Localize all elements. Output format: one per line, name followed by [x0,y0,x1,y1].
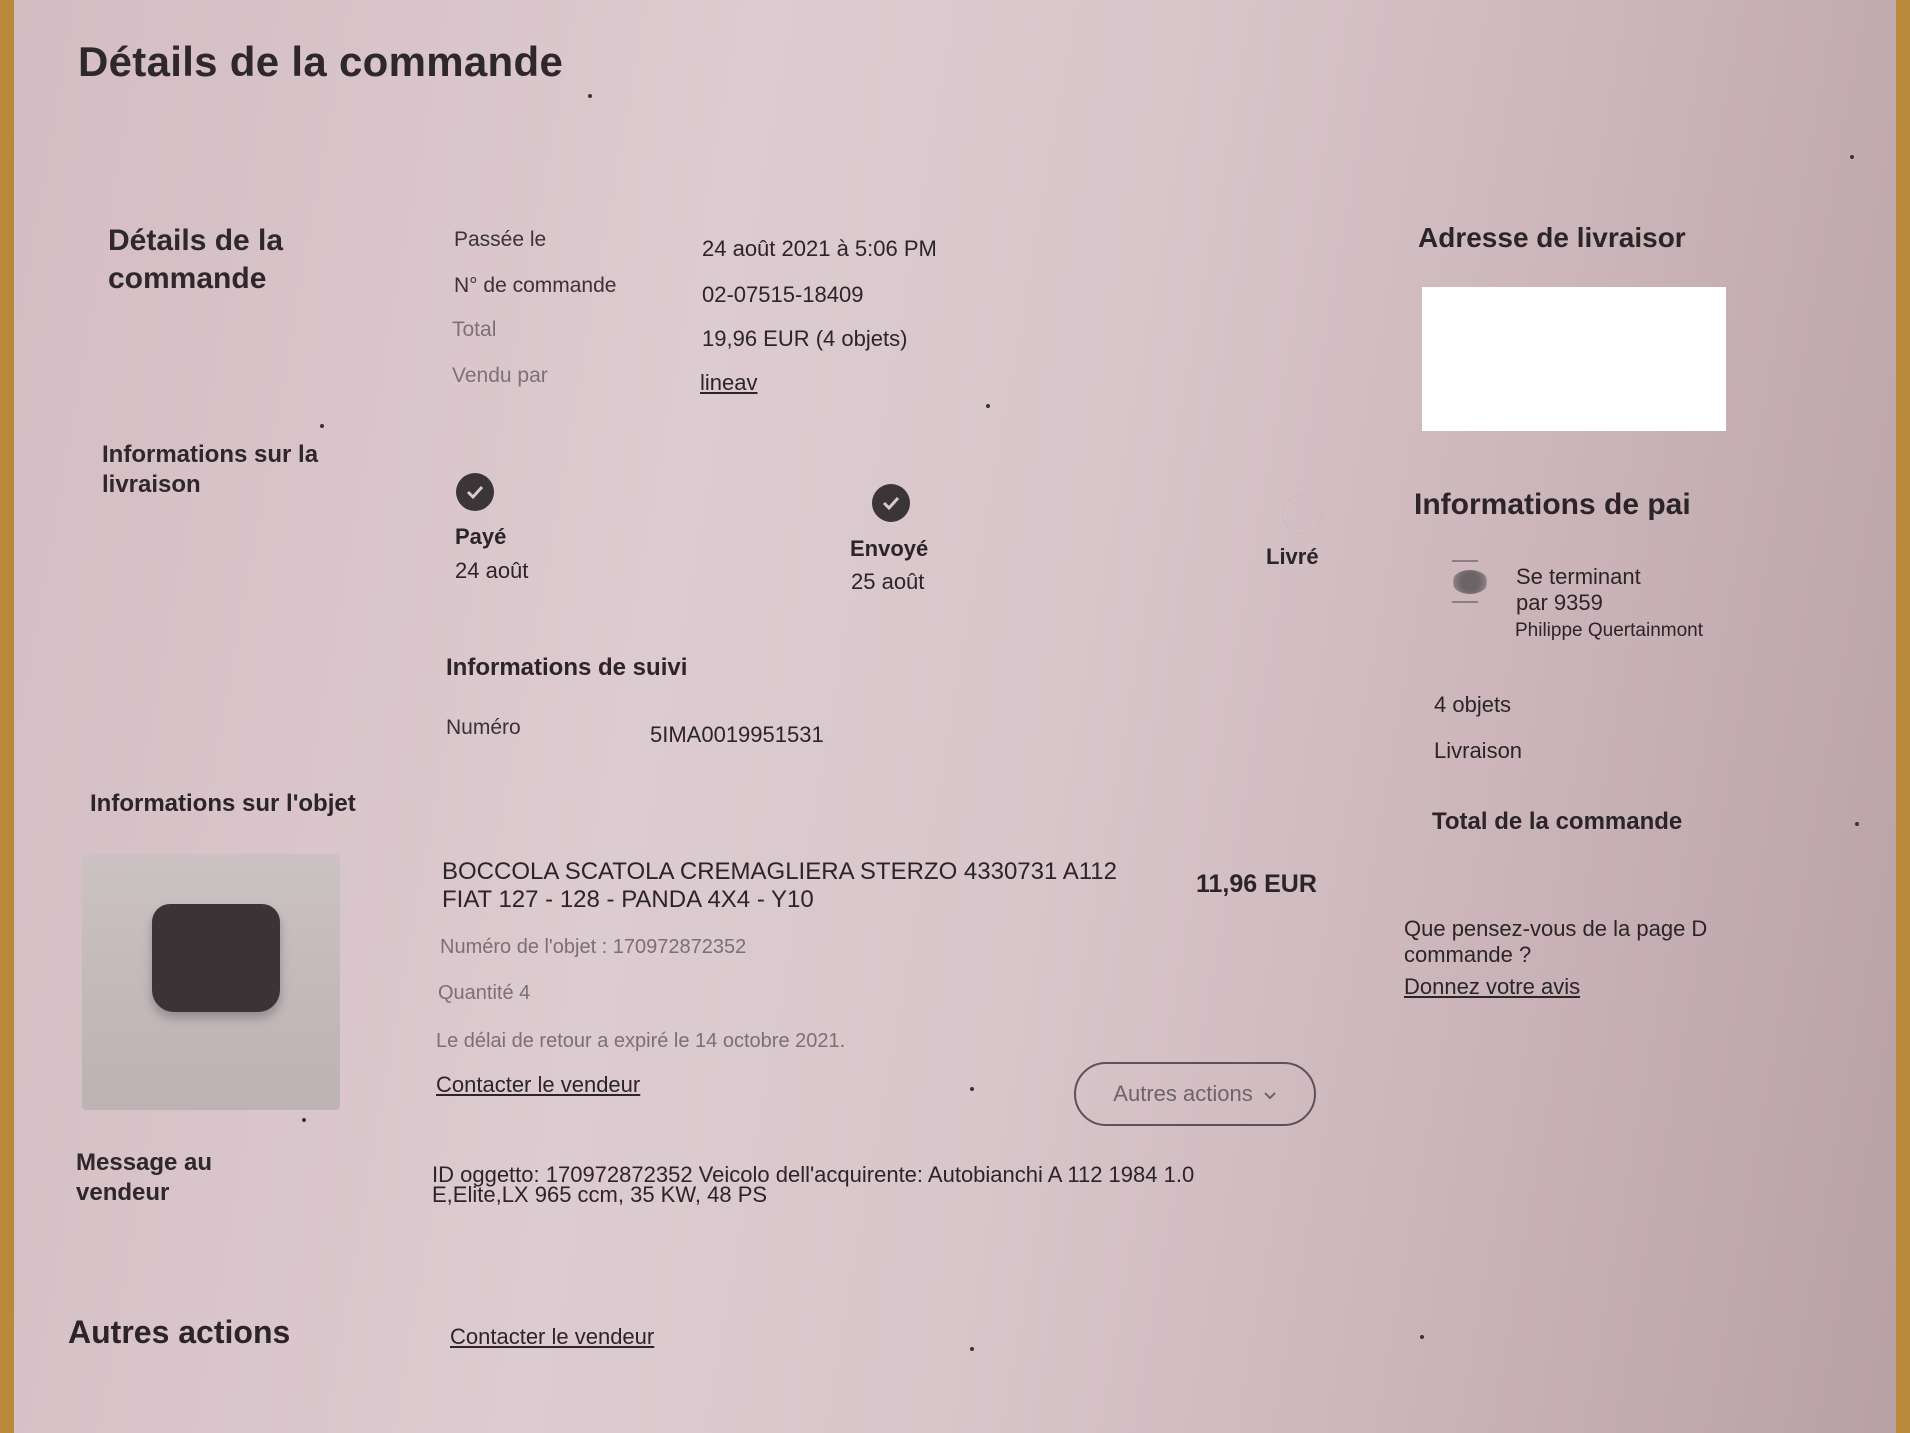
card-ending-line2: par 9359 [1516,590,1603,616]
tracking-number-value[interactable]: 5IMA0019951531 [650,722,824,748]
check-circle-icon [456,473,494,511]
order-number-label: N° de commande [454,274,616,298]
message-heading: Message au vendeur [76,1148,276,1208]
print-speck [970,1347,974,1351]
empty-circle-icon [1282,494,1322,534]
tracking-heading: Informations de suivi [446,654,687,682]
more-actions-label: Autres actions [1113,1081,1252,1107]
total-label: Total [452,318,496,342]
sold-by-label: Vendu par [452,364,548,388]
card-ending-line1: Se terminant [1516,564,1641,590]
printed-page [14,0,1896,1433]
step-date: 24 août [455,558,528,584]
item-number: Numéro de l'objet : 170972872352 [440,936,746,959]
chevron-down-icon [1263,1081,1277,1107]
redacted-address [1422,287,1726,431]
item-price: 11,96 EUR [1196,870,1317,899]
page-title: Détails de la commande [78,38,563,86]
feedback-question-line2: commande ? [1404,942,1531,968]
summary-total: Total de la commande [1432,808,1682,836]
placed-on-label: Passée le [454,228,546,252]
check-circle-icon [872,484,910,522]
more-actions-button[interactable]: Autres actions [1074,1062,1316,1126]
print-speck [588,94,592,98]
other-actions-heading: Autres actions [68,1314,290,1351]
order-number-value: 02-07515-18409 [702,282,863,308]
step-label: Payé [455,524,506,550]
order-details-heading: Détails de la commande [108,222,368,298]
payment-info-heading: Informations de pai [1414,488,1714,522]
item-title-line2[interactable]: FIAT 127 - 128 - PANDA 4X4 - Y10 [442,886,814,914]
print-speck [1420,1335,1424,1339]
delivery-info-heading: Informations sur la livraison [102,440,362,500]
print-speck [1850,155,1854,159]
shipping-address-heading: Adresse de livraisor [1418,222,1714,254]
total-value: 19,96 EUR (4 objets) [702,326,907,352]
card-holder-name: Philippe Quertainmont [1515,620,1703,642]
print-speck [302,1118,306,1122]
summary-shipping: Livraison [1434,738,1522,764]
contact-seller-link-bottom[interactable]: Contacter le vendeur [450,1324,654,1350]
message-line2: E,Elite,LX 965 ccm, 35 KW, 48 PS [432,1182,767,1208]
contact-seller-link[interactable]: Contacter le vendeur [436,1072,640,1098]
print-speck [970,1087,974,1091]
step-date: 25 août [851,569,924,595]
seller-link[interactable]: lineav [700,370,757,396]
feedback-question-line1: Que pensez-vous de la page D [1404,916,1708,942]
step-label: Livré [1266,544,1319,570]
product-photo [152,904,280,1012]
item-title-line1[interactable]: BOCCOLA SCATOLA CREMAGLIERA STERZO 43307… [442,858,1117,886]
item-info-heading: Informations sur l'objet [90,790,356,818]
placed-on-value: 24 août 2021 à 5:06 PM [702,236,937,262]
feedback-link[interactable]: Donnez votre avis [1404,974,1580,1000]
return-notice: Le délai de retour a expiré le 14 octobr… [436,1030,845,1053]
step-label: Envoyé [850,536,928,562]
item-quantity: Quantité 4 [438,982,530,1005]
print-speck [1855,822,1859,826]
tracking-number-label: Numéro [446,716,521,740]
print-speck [320,424,324,428]
product-image[interactable] [82,854,340,1110]
summary-items: 4 objets [1434,692,1511,718]
print-speck [986,404,990,408]
